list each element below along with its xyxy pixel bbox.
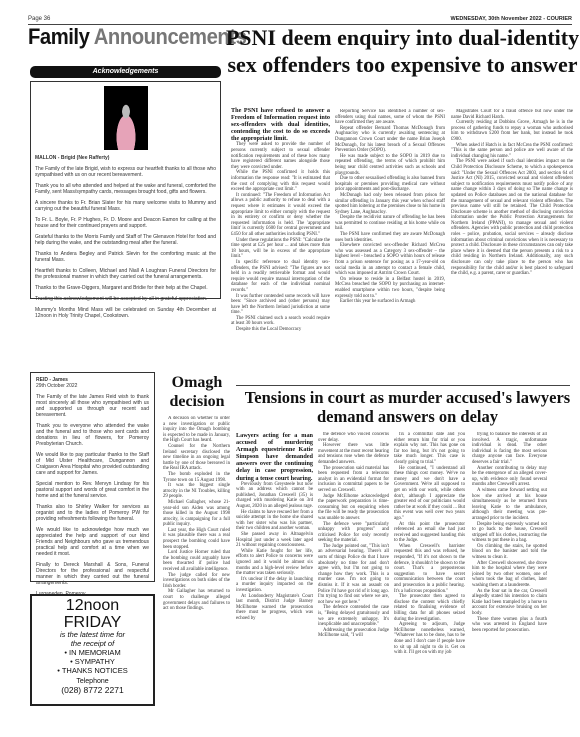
notice-paragraph: We would like to pay particular thanks t… [36, 452, 149, 476]
article-paragraph: McDonagh had only been released from pri… [335, 193, 445, 215]
notice-paragraph: Thank you to all who attended and helped… [35, 183, 216, 195]
notice-paragraph: Thanks also to Shirley Walker for servic… [36, 504, 149, 522]
psni-column-2: Reporting Service has identified a numbe… [335, 109, 445, 383]
notice-paragraph: Trusting this acknowledgement will be ac… [35, 296, 216, 302]
notice-paragraph: To Fr. L. Boyle, Fr. P Hughes, Fr. D. Mo… [35, 217, 216, 229]
notice-paragraph: Thank you to everyone who attended the w… [36, 423, 149, 447]
article-paragraph: the defence who voiced concerns over del… [318, 432, 389, 443]
deadline-time: 12noon [32, 598, 153, 613]
section-title: Family Announcements [28, 24, 246, 50]
article-paragraph: Agreeing to adjourn, Judge McElhome none… [394, 622, 465, 656]
article-paragraph: At this point the prosecutor referenced … [394, 522, 465, 544]
article-paragraph: Despite being expressly warned not to go… [472, 522, 547, 544]
notice-paragraph: Thanks to the Grave-Diggers, Margaret an… [35, 285, 216, 291]
mallon-notice: MALLON - Brigid (Nee Rafferty) The Famil… [30, 81, 221, 299]
tensions-column-2: the defence who voiced concerns over del… [318, 432, 389, 704]
article-paragraph: Despite the recidivist nature of offendi… [335, 215, 445, 232]
notice-paragraph: The Family of the late James Reid wish t… [36, 394, 149, 418]
article-paragraph: A witness came forward setting out how s… [472, 488, 547, 522]
article-paragraph: Despite this the Local Democracy [231, 327, 330, 333]
article-paragraph: Elsewhere convicted sex-offender Richard… [335, 243, 445, 277]
article-paragraph: It was the biggest single atrocity in th… [163, 483, 230, 500]
article-paragraph: The PSNI have confirmed they are aware M… [335, 232, 445, 243]
article-paragraph: Addressing the prosecution Judge McElhom… [318, 628, 389, 639]
notice-paragraph: Finally to Dereck Marshall & Sons, Funer… [36, 562, 149, 586]
article-paragraph: They were asked to provide the number of… [231, 142, 330, 170]
page-number: Page 36 [28, 16, 50, 22]
article-paragraph: Magistrates Court for a fraud offence bu… [451, 109, 573, 120]
article-paragraph: She passed away in Altnagelvin Hospital … [236, 532, 313, 549]
article-paragraph: fix a committal date and you either retu… [394, 432, 465, 466]
tensions-column-3: fix a committal date and you either retu… [394, 432, 465, 704]
article-paragraph: The prosecutor then agreed to disclose t… [394, 594, 465, 622]
psni-column-1: The PSNI have refused to answer a Freedo… [231, 107, 330, 383]
section-title-light: Announcements [94, 24, 247, 49]
tensions-headline: Tensions in court as murder accused's la… [235, 388, 580, 426]
article-paragraph: While the PSNI confirmed it holds this i… [231, 170, 330, 192]
article-paragraph: A decision on whether to order a new inv… [163, 416, 230, 444]
article-paragraph: On climbing the stairs, he spotted blood… [472, 544, 547, 561]
notice-paragraph: Thanks to Andera Begley and Patrick Slev… [35, 251, 216, 263]
telephone-number: (028) 8772 2271 [32, 685, 153, 695]
article-paragraph: trying to balance the interests of all i… [472, 432, 547, 466]
article-lede: The PSNI have refused to answer a Freedo… [231, 107, 330, 142]
telephone-label: Telephone [32, 678, 153, 685]
article-paragraph: Due to other sexualised offending is als… [335, 176, 445, 193]
notice-item: • IN MEMORIAM [32, 648, 153, 657]
article-separator [236, 385, 570, 386]
article-lede: Lawyers acting for a man accused of murd… [236, 432, 313, 482]
notice-heading: MALLON - Brigid (Nee Rafferty) [35, 155, 216, 161]
article-paragraph: It continued: "The Freedom of Informatio… [231, 193, 330, 238]
article-paragraph: The prosecution said material has been r… [318, 466, 389, 494]
deadline-text: is the latest time for [32, 630, 153, 639]
deadline-text: the receipt of [32, 639, 153, 648]
date-line: WEDNESDAY, 30th November 2022 - COURIER [451, 16, 572, 22]
article-paragraph: Currently residing at Dobbins Grove, Arm… [451, 120, 573, 142]
article-paragraph: As the four sat in the car, Creswell all… [472, 589, 547, 617]
article-paragraph: He continued, "I understand all these th… [394, 466, 465, 522]
article-paragraph: Repeat offender Bernard Thomas McDonagh … [335, 126, 445, 154]
notice-paragraph: A sincere thanks to Fr. Brian Slater for… [35, 200, 216, 212]
article-paragraph: On release to reside in a Belfast hostel… [335, 277, 445, 299]
article-paragraph: The PSNI claimed such a search would req… [231, 316, 330, 327]
notice-paragraph: The Family of the late Brigid, wish to e… [35, 166, 216, 178]
omagh-column: A decision on whether to order a new inv… [163, 416, 230, 716]
article-paragraph: The defence contended the case is, "Bein… [318, 605, 389, 627]
article-paragraph: However there was little movement at the… [318, 443, 389, 465]
deadline-notice: 12noon FRIDAY is the latest time for the… [30, 594, 155, 706]
article-paragraph: When asked if Hatch is in fact McCrea th… [451, 143, 573, 160]
article-paragraph: The judge called for new investigations … [163, 573, 230, 590]
section-title-bold: Family [28, 24, 89, 49]
omagh-headline: Omagh decision [163, 373, 231, 411]
article-paragraph: Lord Justice Horner ruled that the bombi… [163, 550, 230, 572]
article-paragraph: The Judge pointed out, "This isn't an ad… [318, 544, 389, 606]
article-paragraph: He was made subject to the SOPO in 2019 … [335, 154, 445, 176]
article-paragraph: Under these regulations the PSNI: "Calcu… [231, 238, 330, 260]
article-paragraph: In specific reference to dual identity s… [231, 260, 330, 294]
tensions-column-1: Lawyers acting for a man accused of murd… [236, 432, 313, 704]
article-paragraph: Previously from Greysteele but now with … [236, 482, 313, 510]
notice-paragraph: Special mention to Rev. Mervyn Lindsay f… [36, 481, 149, 499]
article-paragraph: It's unclear if the delay in launching a… [236, 577, 313, 594]
notice-paragraph: Mummy's Months Mind Mass will be celebra… [35, 307, 216, 319]
article-paragraph: Another contributing to delay may be the… [472, 466, 547, 488]
article-paragraph: Judge McElhome acknowledged the paperwor… [318, 494, 389, 522]
notice-date: 29th October 2022 [36, 383, 149, 389]
psni-headline: PSNI deem enquiry into dual-identity sex… [225, 24, 580, 78]
notice-paragraph: Heartfelt thanks to Colleen, Michael and… [35, 268, 216, 280]
reid-notice: REID - James 29th October 2022 The Famil… [30, 372, 155, 582]
portrait-photo [104, 86, 148, 150]
article-paragraph: He claims to have rescued her from a sui… [236, 510, 313, 532]
article-paragraph: Mr Gallagher has returned to court to ch… [163, 589, 230, 611]
article-paragraph: The defence were "particularly unhappy w… [318, 522, 389, 544]
article-paragraph: When Creswell's barrister requested this… [394, 544, 465, 594]
article-paragraph: Last year, the High Court ruled it was p… [163, 528, 230, 550]
article-paragraph: While Katie fought for her life, efforts… [236, 549, 313, 577]
tensions-column-4: trying to balance the interests of all i… [472, 432, 547, 704]
article-paragraph: The bomb exploded in the Tyrone town on … [163, 472, 230, 483]
article-paragraph: Earlier this year he surfaced in Armagh [335, 299, 445, 305]
notice-item: • SYMPATHY [32, 657, 153, 666]
article-paragraph: Counsel for the Northern Ireland secreta… [163, 444, 230, 472]
article-paragraph: At Londonderry Magistrate's Court last m… [236, 594, 313, 622]
notice-paragraph: Grateful thanks to the Morris Family and… [35, 234, 216, 246]
psni-column-3: Magistrates Court for a fraud offence bu… [451, 109, 573, 383]
deadline-day: FRIDAY [32, 615, 153, 630]
article-paragraph: It was further contended some records wi… [231, 294, 330, 316]
notice-paragraph: We would like to acknowledge how much we… [36, 527, 149, 557]
article-paragraph: These three women plus a fourth who was … [472, 617, 547, 634]
article-paragraph: Reporting Service has identified a numbe… [335, 109, 445, 126]
article-paragraph: After Creswell showered, she drove him t… [472, 561, 547, 589]
acknowledgements-bar: Acknowledgements [30, 66, 221, 78]
article-paragraph: The PSNI were asked if such dual identit… [451, 159, 573, 276]
notice-item: • THANKS NOTICES [32, 666, 153, 675]
article-paragraph: Michael Gallagher, whose 21-year-old son… [163, 500, 230, 528]
